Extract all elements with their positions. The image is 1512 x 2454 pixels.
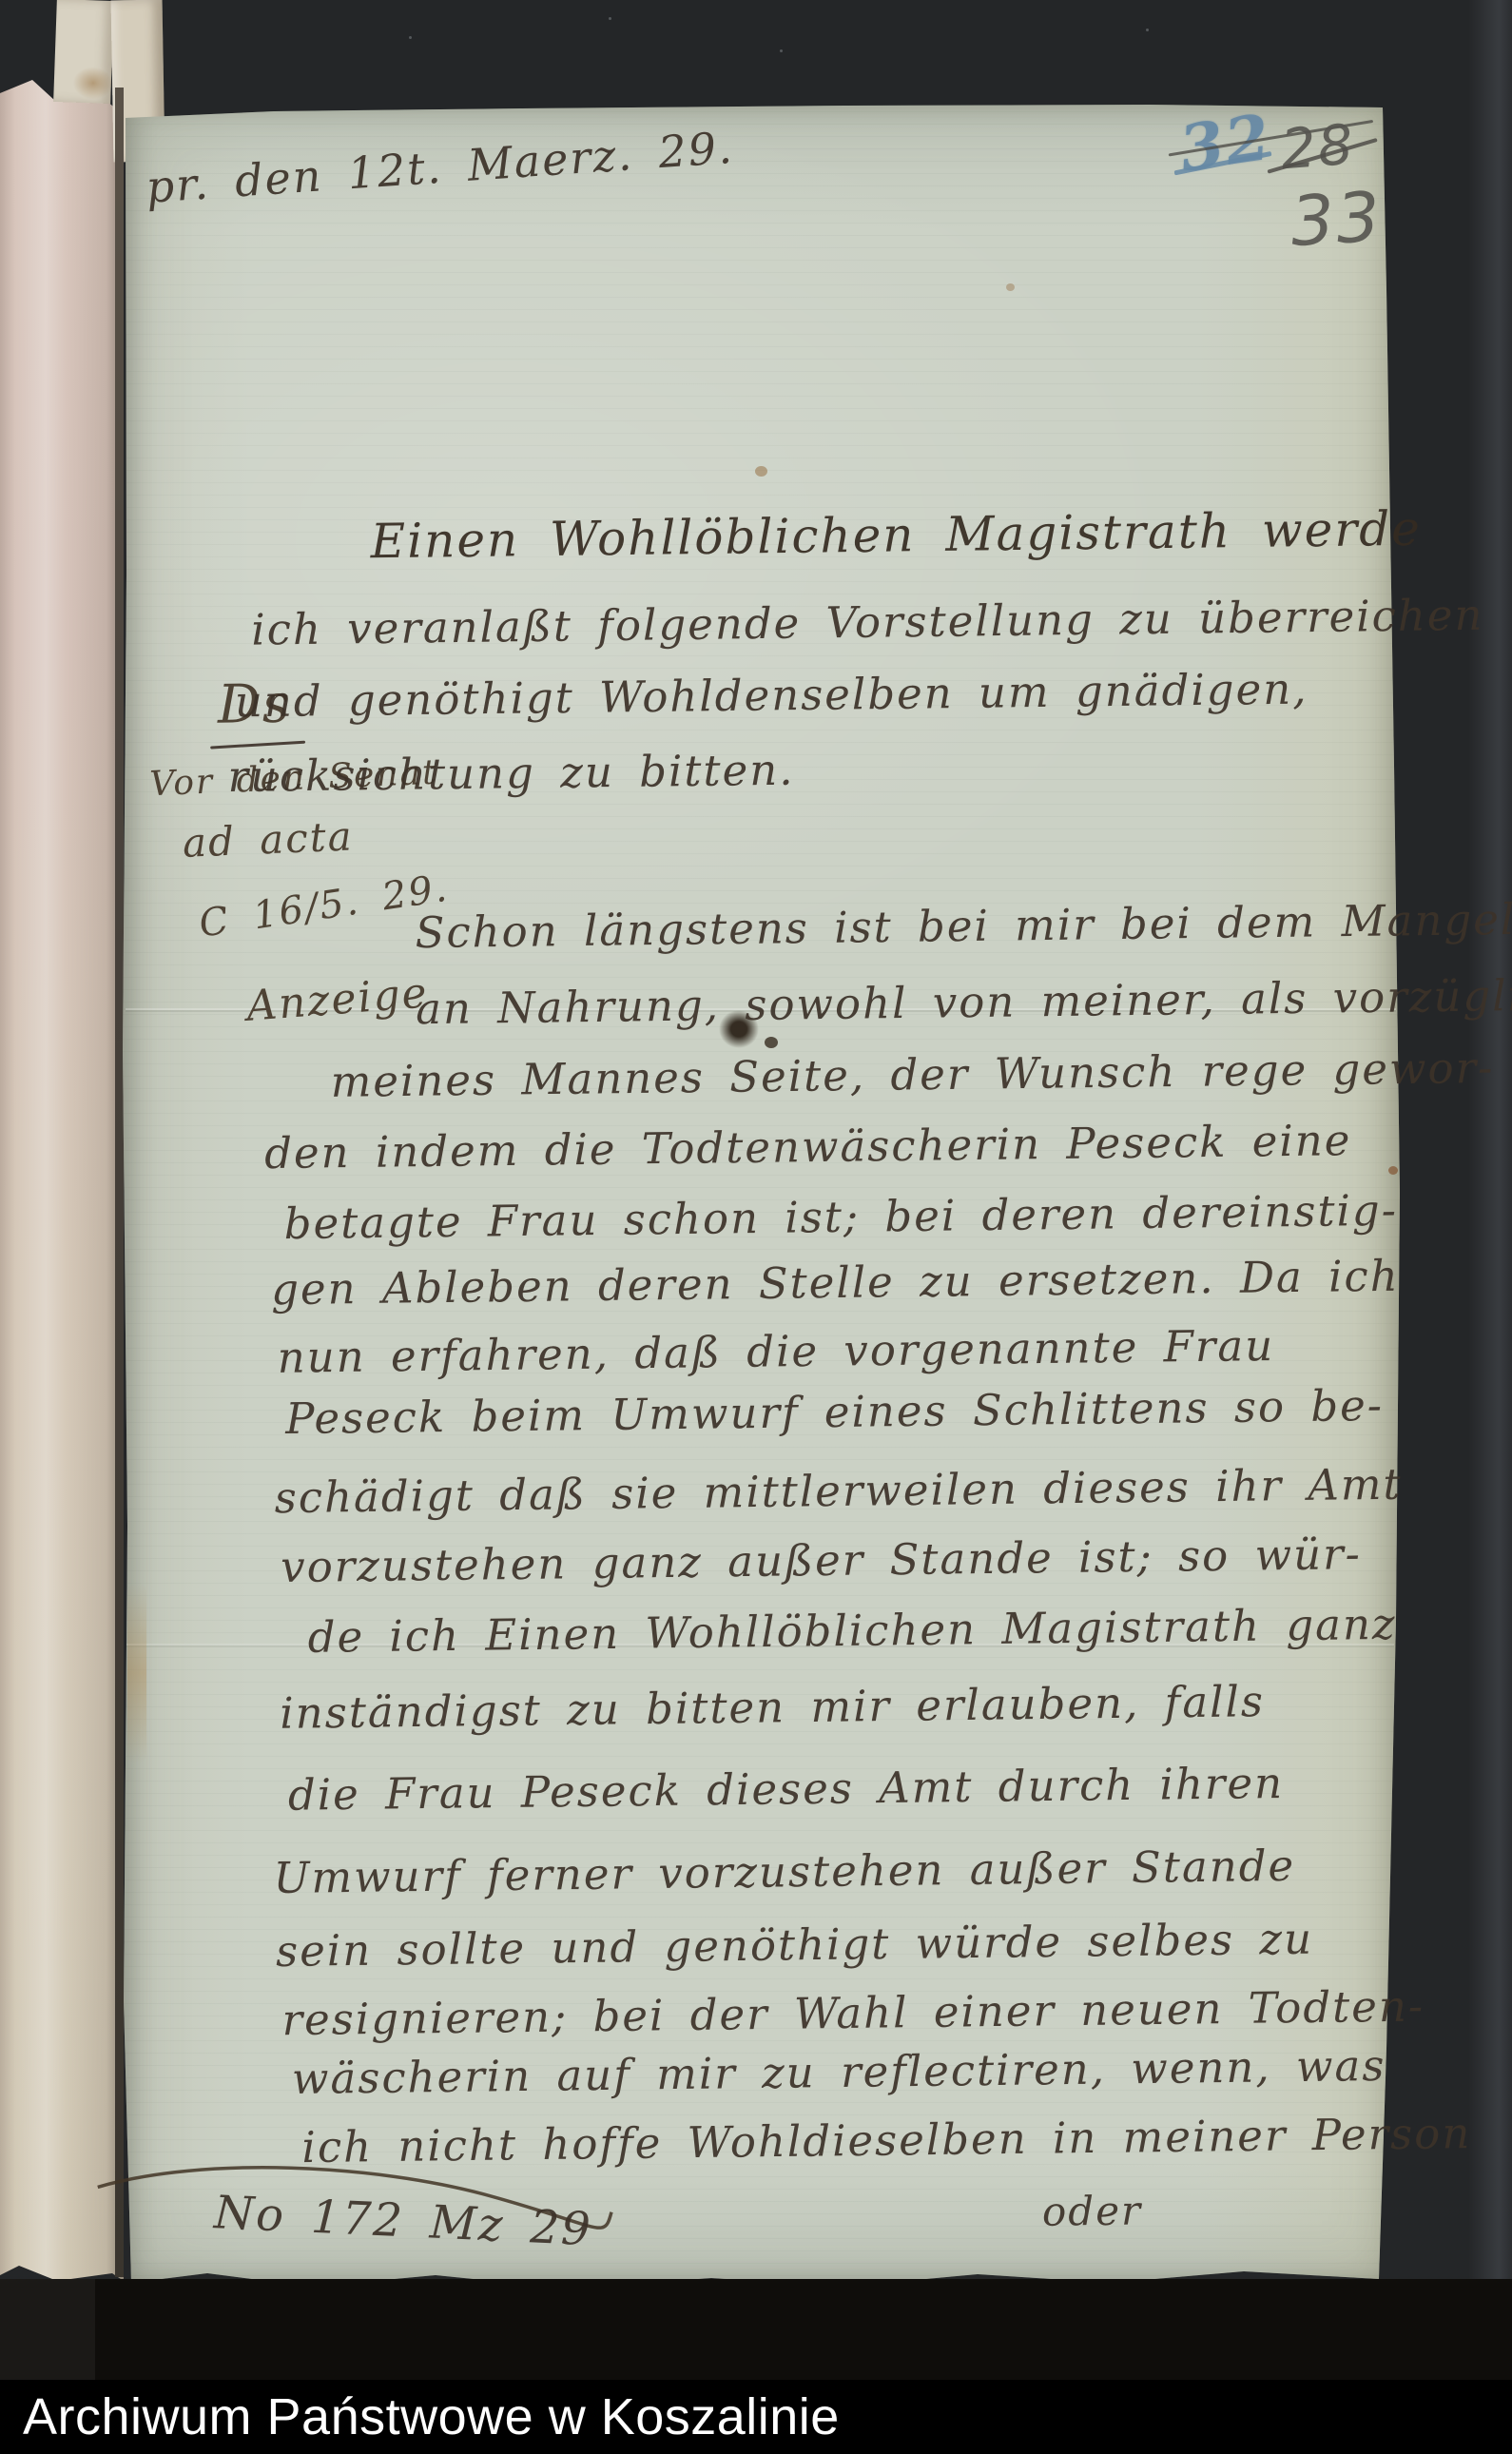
manuscript-line: wäscherin auf mir zu reflectiren, wenn, … bbox=[292, 2040, 1386, 2104]
margin-note-ad-acta: ad acta bbox=[182, 812, 355, 866]
scanner-bed-bottom bbox=[0, 2279, 1512, 2384]
manuscript-line: betagte Frau schon ist; bei deren derein… bbox=[283, 1185, 1398, 1249]
manuscript-line: meines Mannes Seite, der Wunsch rege gew… bbox=[330, 1042, 1494, 1107]
page-number-current: 33 bbox=[1289, 177, 1384, 263]
manuscript-line: gen Ableben deren Stelle zu ersetzen. Da… bbox=[271, 1251, 1400, 1315]
manuscript-line: Einen Wohllöblichen Magistrath werde bbox=[370, 501, 1422, 569]
scanner-bed-bottom-left bbox=[0, 2279, 95, 2380]
received-date-note: pr. den 12t. Maerz. 29. bbox=[145, 122, 735, 213]
archive-name-label: Archiwum Państwowe w Koszalinie bbox=[0, 2387, 840, 2446]
manuscript-line: Peseck beim Umwurf eines Schlittens so b… bbox=[285, 1380, 1384, 1444]
manuscript-line: Schon längstens ist bei mir bei dem Mang… bbox=[415, 894, 1512, 958]
manuscript-line: und genöthigt Wohldenselben um gnädigen, bbox=[235, 664, 1308, 728]
manuscript-line: sein sollte und genöthigt würde selbes z… bbox=[276, 1914, 1314, 1977]
margin-note-file-reference: C 16/5. 29. bbox=[196, 867, 451, 946]
manuscript-line: resignieren; bei der Wahl einer neuen To… bbox=[281, 1981, 1425, 2046]
page-number-crossed-blue: 32 bbox=[1175, 99, 1276, 185]
margin-mark-underline bbox=[210, 741, 305, 750]
manuscript-line: rücksichtung zu bitten. bbox=[227, 745, 795, 802]
manuscript-line: vorzustehen ganz außer Stande ist; so wü… bbox=[281, 1529, 1362, 1592]
manuscript-line: ich veranlaßt folgende Vorstellung zu üb… bbox=[251, 590, 1484, 655]
margin-note-document-type: Anzeige bbox=[244, 968, 430, 1031]
manuscript-line: de ich Einen Wohllöblichen Magistrath ga… bbox=[307, 1599, 1396, 1663]
manuscript-line: nun erfahren, daß die vorgenannte Frau bbox=[277, 1320, 1274, 1383]
manuscript-line: an Nahrung, sowohl von meiner, als vorzü… bbox=[416, 969, 1512, 1034]
manuscript-line: inständigst zu bitten mir erlauben, fall… bbox=[280, 1676, 1265, 1739]
manuscript-line: die Frau Peseck dieses Amt durch ihren bbox=[288, 1758, 1285, 1821]
manuscript-line: schädigt daß sie mittlerweilen dieses ih… bbox=[274, 1459, 1402, 1523]
manuscript-line: den indem die Todtenwäscherin Peseck ein… bbox=[264, 1115, 1352, 1178]
handwriting-layer: pr. den 12t. Maerz. 29. 32 28 33 Ds Vor … bbox=[0, 0, 1512, 2454]
manuscript-line: Umwurf ferner vorzustehen außer Stande bbox=[273, 1840, 1295, 1903]
catchword: oder bbox=[1042, 2187, 1143, 2234]
archive-caption-bar: Archiwum Państwowe w Koszalinie bbox=[0, 2380, 1512, 2454]
